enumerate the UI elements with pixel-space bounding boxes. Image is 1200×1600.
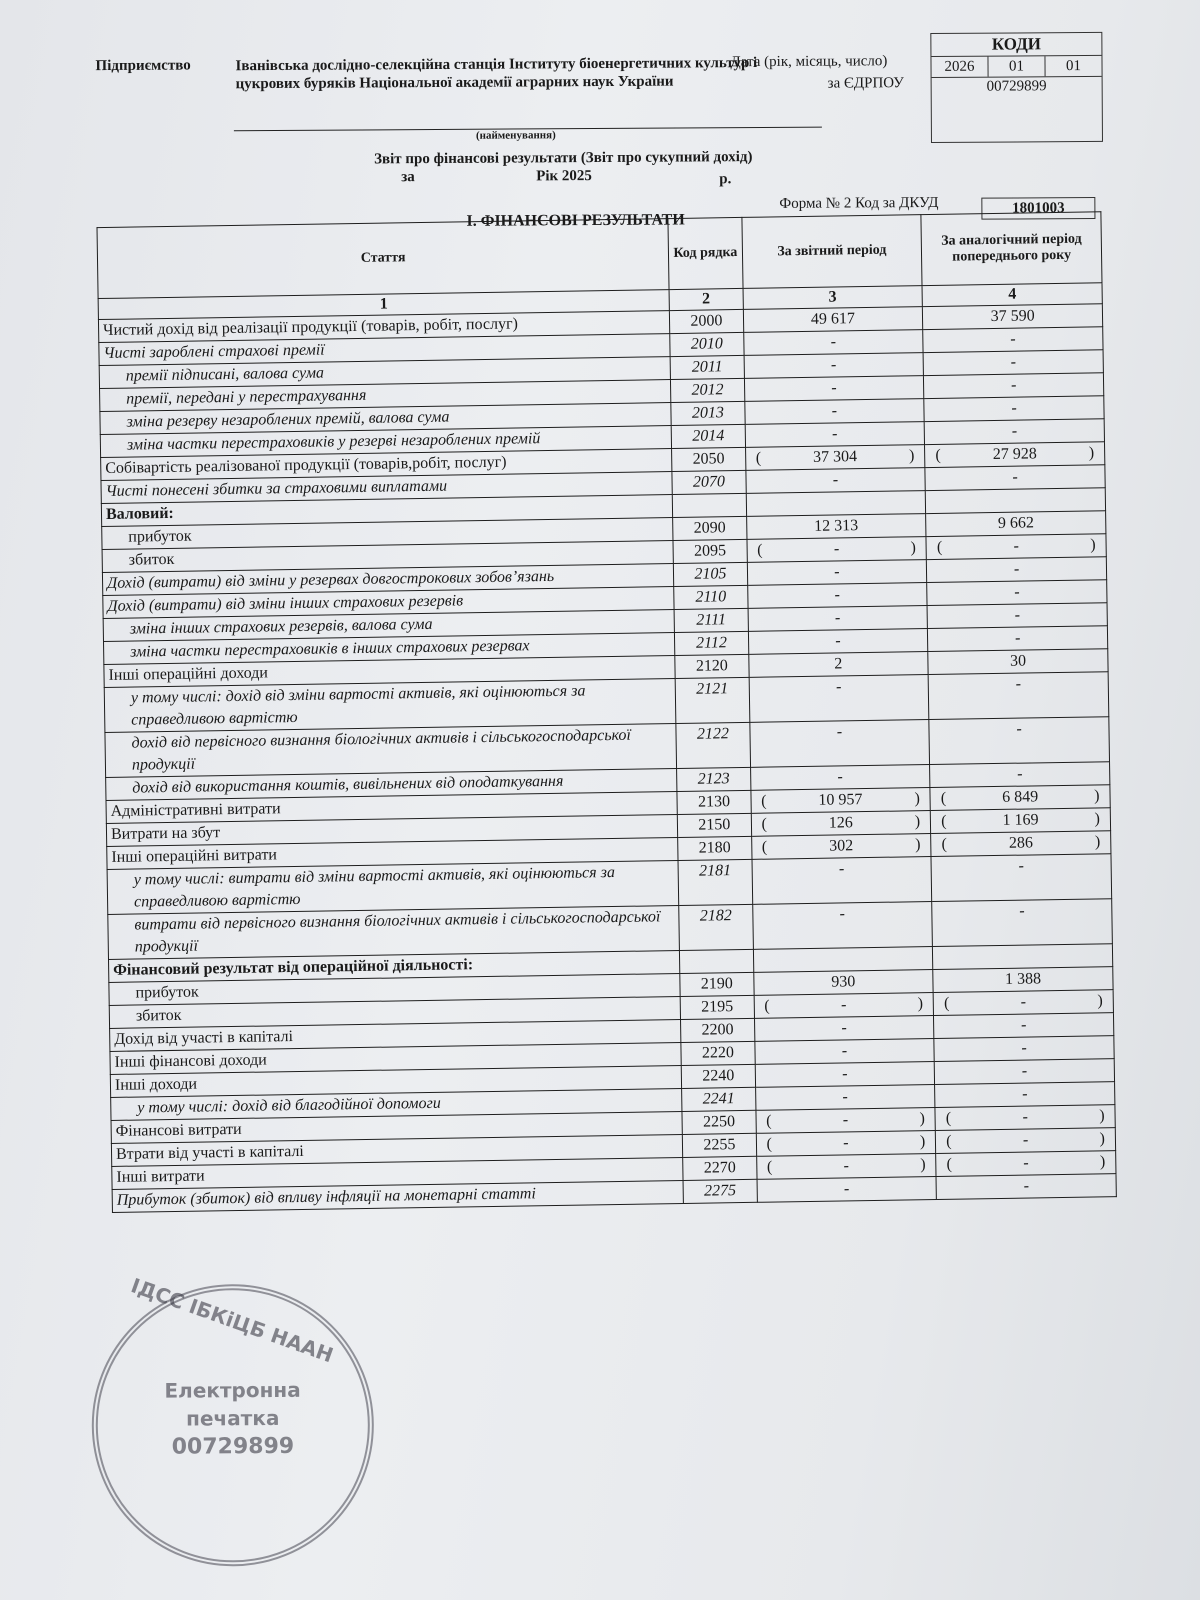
- value-text: 12 313: [814, 517, 858, 535]
- row-code: 2180: [678, 836, 752, 860]
- value-text: -: [843, 1157, 849, 1174]
- value-text: -: [831, 356, 837, 373]
- row-value-current: ()37 304: [745, 445, 925, 471]
- row-value-current: -: [747, 583, 927, 609]
- row-value-previous: -: [928, 672, 1108, 720]
- row-code: 2095: [673, 539, 747, 563]
- row-value-previous: -: [924, 396, 1104, 422]
- row-code: 2014: [671, 424, 745, 448]
- row-value-previous: -: [923, 327, 1103, 353]
- date-month: 01: [988, 56, 1045, 76]
- row-value-previous: -: [934, 1013, 1114, 1039]
- value-text: -: [835, 632, 841, 649]
- value-text: 37 590: [990, 307, 1034, 325]
- column-number: 2: [669, 288, 743, 310]
- paren-close: ): [915, 834, 921, 856]
- paren-close: ): [1097, 990, 1103, 1012]
- value-text: -: [835, 609, 841, 626]
- row-value-previous: [933, 944, 1113, 970]
- value-text: -: [843, 1134, 849, 1151]
- paren-close: ): [1100, 1151, 1106, 1173]
- row-value-current: -: [745, 422, 925, 448]
- row-value-current: -: [744, 376, 924, 402]
- paren-open: (: [761, 791, 767, 813]
- row-value-current: -: [747, 560, 927, 586]
- stamp-ring-text: ІДСС ІБКіЦБ НААН: [101, 1264, 363, 1377]
- row-code: 2120: [675, 654, 749, 678]
- value-text: -: [834, 563, 840, 580]
- row-code: 2011: [670, 355, 744, 379]
- row-value-previous: -: [932, 899, 1112, 947]
- row-value-previous: -: [936, 1174, 1116, 1200]
- value-text: 1 169: [1002, 811, 1038, 829]
- paren-open: (: [941, 811, 947, 833]
- row-code: 2195: [680, 995, 754, 1019]
- row-value-previous: -: [931, 854, 1111, 902]
- row-code: 2112: [675, 631, 749, 655]
- paren-close: ): [919, 1108, 925, 1130]
- row-code: 2182: [679, 904, 753, 950]
- value-text: 30: [1010, 653, 1026, 670]
- paren-open: (: [757, 540, 763, 562]
- value-text: -: [844, 1180, 850, 1197]
- row-code: 2190: [680, 972, 754, 996]
- row-code: 2105: [674, 562, 748, 586]
- row-code: 2070: [672, 470, 746, 494]
- row-value-previous: -: [927, 603, 1107, 629]
- column-header-current: За звітний період: [741, 215, 922, 289]
- row-value-previous: 1 388: [933, 967, 1113, 993]
- codes-date: 2026 01 01: [931, 56, 1101, 78]
- value-text: -: [841, 996, 847, 1013]
- row-value-previous: 9 662: [926, 511, 1106, 537]
- row-value-current: -: [752, 857, 932, 905]
- row-code: 2050: [672, 447, 746, 471]
- value-text: 27 928: [993, 445, 1037, 463]
- row-value-current: 2: [748, 652, 928, 678]
- value-text: -: [1016, 721, 1022, 738]
- row-value-current: -: [754, 1016, 934, 1042]
- value-text: -: [831, 379, 837, 396]
- row-code: 2181: [678, 859, 752, 905]
- form-label: Форма № 2 Код за ДКУД: [779, 195, 938, 213]
- column-number: 4: [922, 283, 1102, 307]
- paren-open: (: [946, 1108, 952, 1130]
- value-text: 37 304: [813, 448, 857, 466]
- row-code: 2255: [683, 1133, 757, 1157]
- paren-open: (: [941, 834, 947, 856]
- date-year: 2026: [931, 57, 988, 77]
- paren-close: ): [920, 1154, 926, 1176]
- paren-close: ): [1095, 831, 1101, 853]
- value-text: -: [1023, 1155, 1029, 1172]
- row-value-current: -: [744, 353, 924, 379]
- row-value-previous: 37 590: [923, 304, 1103, 330]
- row-code: 2250: [682, 1110, 756, 1134]
- row-value-current: ()-: [754, 993, 934, 1019]
- value-text: -: [1021, 1017, 1027, 1034]
- row-code: 2111: [674, 608, 748, 632]
- row-value-current: -: [744, 399, 924, 425]
- date-day: 01: [1045, 56, 1101, 76]
- date-label: Дата (рік, місяць, число): [730, 53, 887, 71]
- stamp-code: 00729899: [98, 1433, 368, 1460]
- value-text: -: [1021, 1040, 1027, 1057]
- value-text: -: [1011, 354, 1017, 371]
- row-code: 2121: [675, 677, 749, 723]
- paren-open: (: [941, 788, 947, 810]
- value-text: -: [1011, 377, 1017, 394]
- value-text: 10 957: [818, 791, 862, 809]
- row-code: 2110: [674, 585, 748, 609]
- row-code: 2200: [681, 1018, 755, 1042]
- row-value-previous: ()286: [931, 831, 1111, 857]
- column-header-article: Стаття: [97, 219, 669, 299]
- paren-close: ): [1099, 1105, 1105, 1127]
- value-text: 2: [834, 655, 842, 672]
- row-value-previous: ()-: [933, 990, 1113, 1016]
- row-value-current: -: [748, 629, 928, 655]
- row-value-previous: -: [927, 557, 1107, 583]
- row-code: 2270: [683, 1156, 757, 1180]
- paren-close: ): [1089, 442, 1095, 464]
- value-text: -: [1023, 1178, 1029, 1195]
- row-value-current: ()-: [756, 1130, 936, 1156]
- value-text: -: [1012, 469, 1018, 486]
- report-title: Звіт про фінансові результати (Звіт про …: [374, 149, 753, 168]
- value-text: -: [834, 586, 840, 603]
- column-number: 3: [743, 286, 923, 310]
- value-text: -: [1018, 858, 1024, 875]
- value-text: -: [832, 425, 838, 442]
- row-value-current: -: [749, 720, 929, 768]
- row-value-current: [746, 491, 926, 517]
- row-value-previous: ()6 849: [930, 785, 1110, 811]
- row-value-current: ()-: [747, 537, 927, 563]
- value-text: -: [833, 471, 839, 488]
- row-value-previous: -: [925, 465, 1105, 491]
- row-value-current: -: [755, 1062, 935, 1088]
- row-value-current: ()302: [751, 834, 931, 860]
- value-text: -: [1016, 676, 1022, 693]
- row-value-current: ()-: [755, 1108, 935, 1134]
- value-text: 6 849: [1002, 788, 1038, 806]
- row-value-current: ()126: [751, 811, 931, 837]
- row-value-current: ()10 957: [750, 788, 930, 814]
- row-value-previous: -: [924, 373, 1104, 399]
- edrpou-label: за ЄДРПОУ: [828, 75, 904, 92]
- value-text: 1 388: [1005, 970, 1041, 988]
- row-code: [673, 493, 747, 517]
- row-value-previous: -: [924, 419, 1104, 445]
- name-caption: (найменування): [476, 129, 556, 141]
- value-text: -: [841, 1019, 847, 1036]
- column-header-code: Код рядка: [668, 217, 742, 289]
- value-text: -: [839, 905, 845, 922]
- paren-open: (: [762, 837, 768, 859]
- value-text: -: [1022, 1063, 1028, 1080]
- row-code: 2130: [677, 790, 751, 814]
- row-code: 2000: [670, 309, 744, 333]
- row-code: 2275: [683, 1179, 757, 1203]
- paren-close: ): [920, 1131, 926, 1153]
- value-text: -: [1012, 423, 1018, 440]
- period-prefix: за: [401, 169, 415, 186]
- paren-close: ): [1099, 1128, 1105, 1150]
- value-text: -: [836, 678, 842, 695]
- stamp-line1: Електронна: [98, 1377, 368, 1403]
- value-text: -: [837, 723, 843, 740]
- paren-open: (: [756, 448, 762, 470]
- codes-title: КОДИ: [931, 33, 1101, 57]
- row-code: 2010: [670, 332, 744, 356]
- row-value-current: -: [750, 765, 930, 791]
- row-code: 2220: [681, 1041, 755, 1065]
- financial-results-table: Стаття Код рядка За звітний період За ан…: [96, 211, 1116, 1213]
- row-value-previous: 30: [928, 649, 1108, 675]
- row-code: 2241: [682, 1087, 756, 1111]
- paren-open: (: [766, 1134, 772, 1156]
- row-value-previous: -: [929, 717, 1109, 765]
- enterprise-label: Підприємство: [95, 57, 190, 75]
- value-text: -: [832, 402, 838, 419]
- row-code: 2013: [671, 401, 745, 425]
- paren-close: ): [1094, 785, 1100, 807]
- row-code: 2240: [681, 1064, 755, 1088]
- row-value-current: -: [755, 1085, 935, 1111]
- paren-close: ): [909, 445, 915, 467]
- row-value-current: -: [748, 606, 928, 632]
- paren-open: (: [946, 1154, 952, 1176]
- value-text: 49 617: [811, 310, 855, 328]
- row-code: [680, 949, 754, 973]
- row-value-previous: ()-: [935, 1105, 1115, 1131]
- value-text: -: [1010, 331, 1016, 348]
- paren-open: (: [764, 996, 770, 1018]
- paren-open: (: [935, 445, 941, 467]
- row-value-current: -: [757, 1176, 937, 1202]
- value-text: -: [1013, 538, 1019, 555]
- row-value-current: 49 617: [743, 307, 923, 333]
- financial-report-page: Підприємство Іванівська дослідно-селекці…: [0, 0, 1200, 1600]
- row-value-previous: ()-: [936, 1151, 1116, 1177]
- paren-close: ): [1090, 534, 1096, 556]
- stamp-line2: печатка: [98, 1405, 368, 1431]
- value-text: 286: [1009, 834, 1033, 851]
- row-value-current: 930: [753, 970, 933, 996]
- value-text: -: [1022, 1109, 1028, 1126]
- value-text: -: [1017, 766, 1023, 783]
- paren-close: ): [914, 788, 920, 810]
- row-value-current: -: [745, 468, 925, 494]
- report-period: Рік 2025: [536, 168, 592, 185]
- value-text: 9 662: [998, 514, 1034, 532]
- row-value-current: 12 313: [746, 514, 926, 540]
- row-value-previous: -: [923, 350, 1103, 376]
- value-text: -: [842, 1042, 848, 1059]
- value-text: -: [1014, 561, 1020, 578]
- paren-open: (: [766, 1111, 772, 1133]
- row-value-previous: ()-: [926, 534, 1106, 560]
- value-text: -: [1011, 400, 1017, 417]
- value-text: -: [1019, 903, 1025, 920]
- row-value-current: -: [749, 675, 929, 723]
- row-value-previous: -: [930, 762, 1110, 788]
- value-text: -: [839, 860, 845, 877]
- value-text: -: [842, 1088, 848, 1105]
- enterprise-name: Іванівська дослідно-селекційна станція І…: [235, 54, 795, 93]
- paren-open: (: [946, 1131, 952, 1153]
- value-text: -: [1015, 607, 1021, 624]
- value-text: -: [837, 768, 843, 785]
- row-value-current: -: [743, 330, 923, 356]
- edrpou-code: 00729899: [932, 77, 1102, 96]
- row-value-previous: -: [927, 580, 1107, 606]
- value-text: -: [1022, 1086, 1028, 1103]
- row-value-previous: ()27 928: [925, 442, 1105, 468]
- paren-close: ): [918, 993, 924, 1015]
- period-suffix: р.: [719, 171, 731, 188]
- paren-open: (: [767, 1157, 773, 1179]
- paren-open: (: [761, 814, 767, 836]
- row-value-current: -: [754, 1039, 934, 1065]
- value-text: -: [1023, 1132, 1029, 1149]
- value-text: 302: [829, 837, 853, 854]
- row-value-current: -: [752, 902, 932, 950]
- row-value-previous: [925, 488, 1105, 514]
- round-stamp: ІДСС ІБКіЦБ НААН Електронна печатка 0072…: [91, 1283, 375, 1567]
- row-value-previous: ()-: [936, 1128, 1116, 1154]
- paren-close: ): [910, 537, 916, 559]
- row-code: 2150: [678, 813, 752, 837]
- value-text: -: [1015, 630, 1021, 647]
- paren-open: (: [944, 993, 950, 1015]
- value-text: -: [1014, 584, 1020, 601]
- row-value-previous: ()1 169: [931, 808, 1111, 834]
- row-value-current: ()-: [756, 1153, 936, 1179]
- row-value-previous: -: [934, 1059, 1114, 1085]
- paren-close: ): [1094, 808, 1100, 830]
- value-text: 126: [829, 814, 853, 831]
- row-value-current: [753, 947, 933, 973]
- value-text: -: [843, 1111, 849, 1128]
- table-body: Чистий дохід від реалізації продукції (т…: [98, 304, 1116, 1213]
- row-value-previous: -: [928, 626, 1108, 652]
- value-text: -: [842, 1065, 848, 1082]
- row-value-previous: -: [934, 1036, 1114, 1062]
- paren-open: (: [937, 537, 943, 559]
- paren-close: ): [915, 811, 921, 833]
- value-text: 930: [831, 973, 855, 990]
- row-code: 2122: [676, 722, 750, 768]
- row-code: 2090: [673, 516, 747, 540]
- row-value-previous: -: [935, 1082, 1115, 1108]
- row-code: 2012: [671, 378, 745, 402]
- column-header-previous: За аналогічний період попереднього року: [921, 212, 1102, 286]
- value-text: -: [834, 540, 840, 557]
- row-code: 2123: [677, 767, 751, 791]
- value-text: -: [830, 333, 836, 350]
- codes-box: КОДИ 2026 01 01 00729899: [930, 32, 1103, 143]
- value-text: -: [1021, 994, 1027, 1011]
